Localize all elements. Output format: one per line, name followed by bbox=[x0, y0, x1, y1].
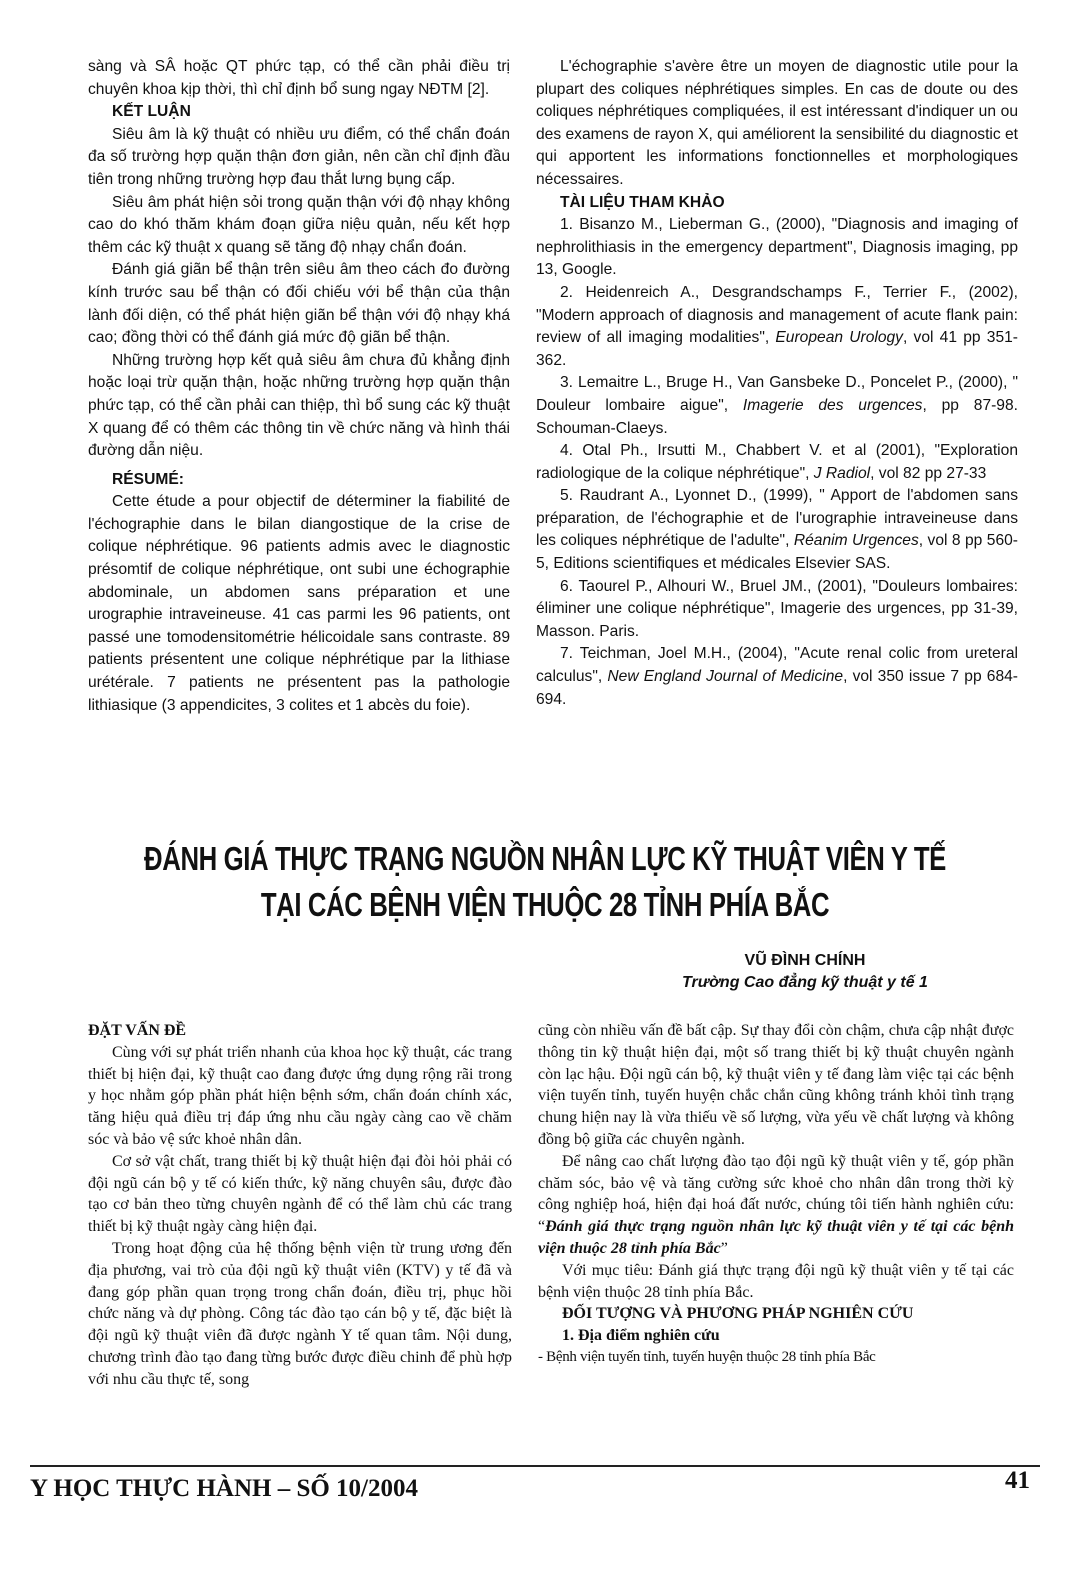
journal-name: Y HỌC THỰC HÀNH – SỐ 10/2004 bbox=[30, 1474, 418, 1504]
objective-paragraph: Với mục tiêu: Đánh giá thực trạng đội ng… bbox=[538, 1260, 1014, 1304]
study-title-quote: Đánh giá thực trạng nguồn nhân lực kỹ th… bbox=[538, 1218, 1014, 1257]
reference-item: 5. Raudrant A., Lyonnet D., (1999), " Ap… bbox=[536, 485, 1018, 575]
title-line-1: ĐÁNH GIÁ THỰC TRẠNG NGUỒN NHÂN LỰC KỸ TH… bbox=[120, 836, 970, 882]
author-name: VŨ ĐÌNH CHÍNH bbox=[600, 950, 1010, 972]
article-left-column: ĐẶT VẤN ĐỀ Cùng với sự phát triển nhanh … bbox=[88, 1020, 512, 1391]
page-number: 41 bbox=[1005, 1466, 1030, 1496]
location-subheading: 1. Địa điểm nghiên cứu bbox=[538, 1325, 1014, 1347]
reference-item: 6. Taourel P., Alhouri W., Bruel JM., (2… bbox=[536, 576, 1018, 644]
reference-item: 3. Lemaitre L., Bruge H., Van Gansbeke D… bbox=[536, 372, 1018, 440]
resume-continuation: L'échographie s'avère être un moyen de d… bbox=[536, 56, 1018, 192]
location-item: - Bệnh viện tuyến tỉnh, tuyến huyện thuộ… bbox=[538, 1347, 1014, 1369]
previous-article-left-column: sàng và SÂ hoặc QT phức tạp, có thể cần … bbox=[88, 56, 510, 717]
continuation-paragraph: cũng còn nhiều vấn đề bất cập. Sự thay đ… bbox=[538, 1020, 1014, 1151]
article-title: ĐÁNH GIÁ THỰC TRẠNG NGUỒN NHÂN LỰC KỸ TH… bbox=[120, 836, 970, 928]
references-heading: TÀI LIỆU THAM KHẢO bbox=[536, 192, 1018, 215]
resume-paragraph: Cette étude a pour objectif de détermine… bbox=[88, 491, 510, 717]
reference-item: 4. Otal Ph., Irsutti M., Chabbert V. et … bbox=[536, 440, 1018, 485]
conclusion-paragraph: Siêu âm phát hiện sỏi trong quặn thận vớ… bbox=[88, 192, 510, 260]
reference-item: 2. Heidenreich A., Desgrandschamps F., T… bbox=[536, 282, 1018, 372]
body-paragraph: Cùng với sự phát triển nhanh của khoa họ… bbox=[88, 1042, 512, 1151]
previous-article-right-column: L'échographie s'avère être un moyen de d… bbox=[536, 56, 1018, 711]
article-right-column: cũng còn nhiều vấn đề bất cập. Sự thay đ… bbox=[538, 1020, 1014, 1369]
conclusion-heading: KẾT LUẬN bbox=[88, 101, 510, 124]
conclusion-paragraph: Những trường hợp kết quả siêu âm chưa đủ… bbox=[88, 350, 510, 463]
byline: VŨ ĐÌNH CHÍNH Trường Cao đẳng kỹ thuật y… bbox=[600, 950, 1010, 994]
reference-item: 1. Bisanzo M., Lieberman G., (2000), "Di… bbox=[536, 214, 1018, 282]
body-paragraph: Trong hoạt động của hệ thống bệnh viện t… bbox=[88, 1238, 512, 1391]
methods-heading: ĐỐI TƯỢNG VÀ PHƯƠNG PHÁP NGHIÊN CỨU bbox=[538, 1303, 1014, 1325]
author-affiliation: Trường Cao đẳng kỹ thuật y tế 1 bbox=[600, 972, 1010, 994]
reference-item: 7. Teichman, Joel M.H., (2004), "Acute r… bbox=[536, 643, 1018, 711]
resume-heading: RÉSUMÉ: bbox=[88, 469, 510, 492]
title-line-2: TẠI CÁC BỆNH VIỆN THUỘC 28 TỈNH PHÍA BẮC bbox=[120, 882, 970, 928]
aim-paragraph: Để nâng cao chất lượng đào tạo đội ngũ k… bbox=[538, 1151, 1014, 1260]
continuation-paragraph: sàng và SÂ hoặc QT phức tạp, có thể cần … bbox=[88, 56, 510, 101]
conclusion-paragraph: Đánh giá giãn bể thận trên siêu âm theo … bbox=[88, 259, 510, 349]
conclusion-paragraph: Siêu âm là kỹ thuật có nhiều ưu điểm, có… bbox=[88, 124, 510, 192]
footer-rule bbox=[30, 1465, 1040, 1467]
intro-heading: ĐẶT VẤN ĐỀ bbox=[88, 1020, 512, 1042]
body-paragraph: Cơ sở vật chất, trang thiết bị kỹ thuật … bbox=[88, 1151, 512, 1238]
